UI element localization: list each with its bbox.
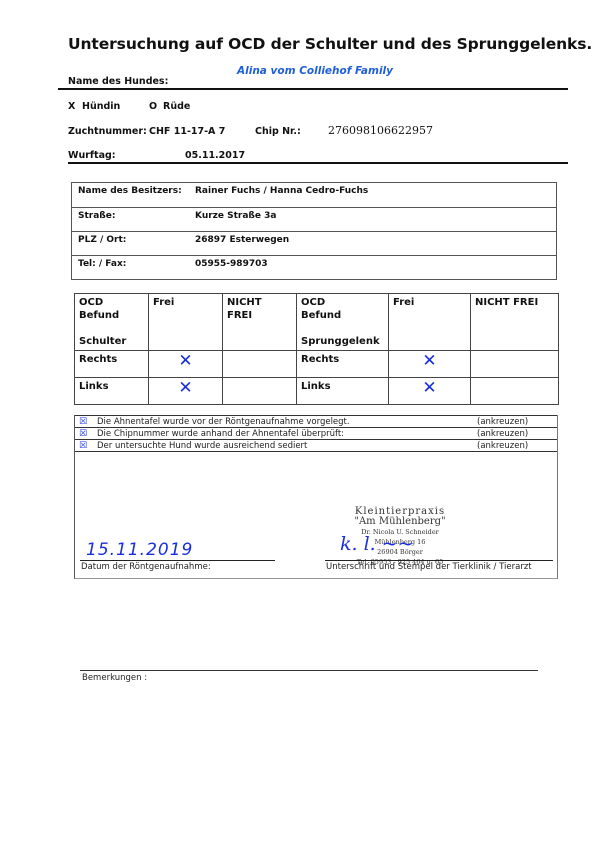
cross-mark-icon: ✕ [389, 355, 470, 368]
check-text: Der untersuchte Hund wurde ausreichend s… [91, 441, 477, 451]
divider [58, 88, 568, 90]
shoulder-header: OCD Befund Schulter [75, 294, 149, 351]
signature-label: Unterschrift und Stempel der Tierklinik … [326, 562, 532, 572]
check-hint: (ankreuzen) [477, 429, 557, 439]
shoulder-left-label: Links [75, 378, 149, 405]
check-text: Die Chipnummer wurde anhand der Ahnentaf… [91, 429, 477, 439]
city-label: PLZ / Ort: [72, 235, 195, 245]
male-label: Rüde [163, 101, 190, 112]
owner-row-phone: Tel: / Fax: 05955-989703 [72, 255, 556, 279]
hock-free-header: Frei [389, 294, 471, 351]
hock-header: OCD Befund Sprunggelenk [297, 294, 389, 351]
check-hint: (ankreuzen) [477, 441, 557, 451]
hock-not-free-header: NICHT FREI [471, 294, 559, 351]
owner-row-name: Name des Besitzers: Rainer Fuchs / Hanna… [72, 183, 556, 207]
hock-right-label: Rechts [297, 351, 389, 378]
shoulder-right-not-free-cell[interactable] [223, 351, 297, 378]
cross-mark-icon: ✕ [389, 382, 470, 395]
owner-name-label: Name des Besitzers: [72, 186, 195, 196]
cross-mark-icon: ✕ [149, 382, 222, 395]
shoulder-left-free-cell[interactable]: ✕ [149, 378, 223, 405]
chip-value: 276098106622957 [328, 124, 433, 137]
male-mark: O [149, 101, 157, 112]
stamp-line: "Am Mühlenberg" [330, 517, 470, 527]
document-title: Untersuchung auf OCD der Schulter und de… [68, 35, 592, 53]
owner-box: Name des Besitzers: Rainer Fuchs / Hanna… [71, 182, 557, 280]
hock-right-free-cell[interactable]: ✕ [389, 351, 471, 378]
check-row-pedigree: ☒ Die Ahnentafel wurde vor der Röntgenau… [75, 415, 557, 427]
hock-right-not-free-cell[interactable] [471, 351, 559, 378]
shoulder-not-free-header: NICHT FREI [223, 294, 297, 351]
street-value: Kurze Straße 3a [195, 211, 556, 221]
hock-left-label: Links [297, 378, 389, 405]
ocd-row-left: Links ✕ Links ✕ [75, 378, 559, 405]
checked-box-icon[interactable]: ☒ [75, 441, 91, 451]
shoulder-right-free-cell[interactable]: ✕ [149, 351, 223, 378]
hock-left-not-free-cell[interactable] [471, 378, 559, 405]
city-value: 26897 Esterwegen [195, 235, 556, 245]
check-row-chip: ☒ Die Chipnummer wurde anhand der Ahnent… [75, 427, 557, 439]
breeding-number-value: CHF 11-17-A 7 [149, 126, 225, 137]
shoulder-left-not-free-cell[interactable] [223, 378, 297, 405]
signature-line [325, 560, 553, 561]
female-mark: X [68, 101, 75, 112]
dog-name-label: Name des Hundes: [68, 76, 168, 87]
checked-box-icon[interactable]: ☒ [75, 417, 91, 427]
phone-label: Tel: / Fax: [72, 259, 195, 269]
ocd-header-row: OCD Befund Schulter Frei NICHT FREI OCD … [75, 294, 559, 351]
checked-box-icon[interactable]: ☒ [75, 429, 91, 439]
check-text: Die Ahnentafel wurde vor der Röntgenaufn… [91, 417, 477, 427]
date-line [80, 560, 275, 561]
hock-left-free-cell[interactable]: ✕ [389, 378, 471, 405]
ocd-results-table: OCD Befund Schulter Frei NICHT FREI OCD … [74, 293, 559, 405]
phone-value: 05955-989703 [195, 259, 556, 269]
remarks-line [80, 670, 538, 671]
check-row-sedation: ☒ Der untersuchte Hund wurde ausreichend… [75, 439, 557, 452]
signature-handwritten: k. l. ~~ [340, 533, 414, 555]
litter-date-label: Wurftag: [68, 150, 116, 161]
xray-date-label: Datum der Röntgenaufnahme: [81, 562, 211, 572]
check-hint: (ankreuzen) [477, 417, 557, 427]
street-label: Straße: [72, 211, 195, 221]
owner-name-value: Rainer Fuchs / Hanna Cedro-Fuchs [195, 186, 556, 196]
owner-row-street: Straße: Kurze Straße 3a [72, 207, 556, 231]
chip-label: Chip Nr.: [255, 126, 301, 137]
shoulder-free-header: Frei [149, 294, 223, 351]
divider [68, 162, 568, 164]
shoulder-right-label: Rechts [75, 351, 149, 378]
ocd-row-right: Rechts ✕ Rechts ✕ [75, 351, 559, 378]
breeding-number-label: Zuchtnummer: [68, 126, 147, 137]
female-label: Hündin [82, 101, 120, 112]
litter-date-value: 05.11.2017 [185, 150, 245, 161]
cross-mark-icon: ✕ [149, 355, 222, 368]
xray-date-handwritten: 15.11.2019 [86, 540, 193, 560]
remarks-label: Bemerkungen : [82, 673, 147, 683]
owner-row-city: PLZ / Ort: 26897 Esterwegen [72, 231, 556, 255]
